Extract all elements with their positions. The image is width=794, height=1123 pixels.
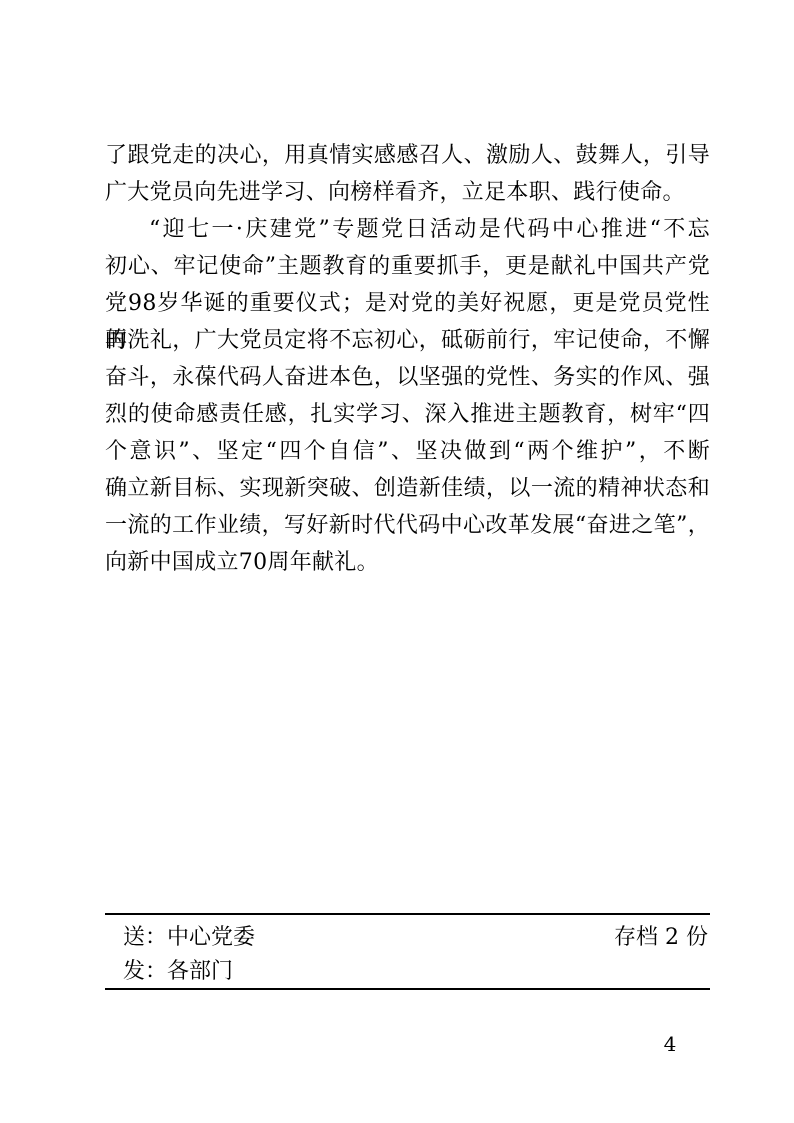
footer-send-row: 送：中心党委 存档 2 份 bbox=[123, 921, 708, 955]
issue-to-text: 发：各部门 bbox=[123, 955, 233, 989]
body-text-line: 一流的工作业绩，写好新时代代码中心改革发展“奋进之笔”， bbox=[105, 507, 710, 544]
document-body: 了跟党走的决心，用真情实感感召人、激励人、鼓舞人，引导 广大党员向先进学习、向榜… bbox=[105, 137, 710, 581]
body-text-line: 烈的使命感责任感，扎实学习、深入推进主题教育，树牢“四 bbox=[105, 396, 710, 433]
body-text-line: 广大党员向先进学习、向榜样看齐，立足本职、践行使命。 bbox=[105, 174, 710, 211]
body-text-line: 奋斗，永葆代码人奋进本色，以坚强的党性、务实的作风、强 bbox=[105, 359, 710, 396]
body-text-line: 个意识”、坚定“四个自信”、坚决做到“两个维护”，不断 bbox=[105, 433, 710, 470]
document-page: 了跟党走的决心，用真情实感感召人、激励人、鼓舞人，引导 广大党员向先进学习、向榜… bbox=[0, 0, 794, 1123]
page-number: 4 bbox=[640, 1032, 700, 1056]
footer-issue-row: 发：各部门 bbox=[123, 955, 708, 989]
body-text-line: 向新中国成立70周年献礼。 bbox=[105, 544, 710, 581]
body-text-line: “迎七一·庆建党”专题党日活动是代码中心推进“不忘 bbox=[105, 211, 710, 248]
body-text-line: 了跟党走的决心，用真情实感感召人、激励人、鼓舞人，引导 bbox=[105, 137, 710, 174]
distribution-footer: 送：中心党委 存档 2 份 发：各部门 bbox=[105, 913, 710, 990]
body-text-line: 再洗礼，广大党员定将不忘初心，砥砺前行，牢记使命，不懈 bbox=[105, 322, 710, 359]
body-text-line: 党98岁华诞的重要仪式；是对党的美好祝愿，更是党员党性的 bbox=[105, 285, 710, 322]
body-text-line: 初心、牢记使命”主题教育的重要抓手，更是献礼中国共产党 bbox=[105, 248, 710, 285]
body-text-line: 确立新目标、实现新突破、创造新佳绩，以一流的精神状态和 bbox=[105, 470, 710, 507]
send-to-text: 送：中心党委 bbox=[123, 921, 255, 955]
archive-copies-text: 存档 2 份 bbox=[614, 921, 708, 955]
